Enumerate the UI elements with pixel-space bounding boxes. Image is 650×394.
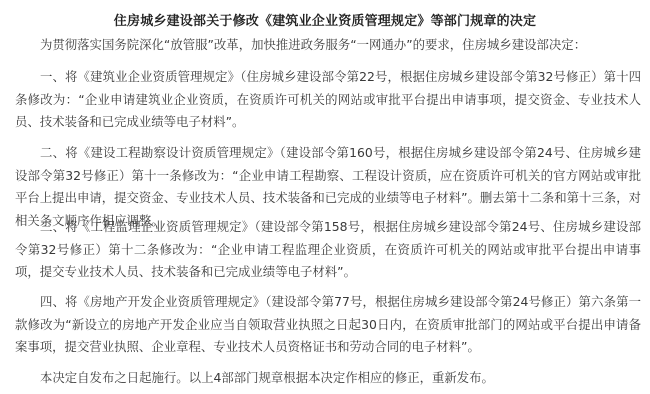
amendment-paragraph-3: 三、将《工程监理企业资质管理规定》（建设部令第158号，根据住房城乡建设部令第2… [15,216,641,284]
effective-date-paragraph: 本决定自发布之日起施行。以上4部部门规章根据本决定作相应的修正，重新发布。 [15,367,641,390]
amendment-paragraph-4: 四、将《房地产开发企业资质管理规定》（建设部令第77号，根据住房城乡建设部令第2… [15,291,641,359]
amendment-paragraph-1: 一、将《建筑业企业资质管理规定》（住房城乡建设部令第22号，根据住房城乡建设部令… [15,66,641,134]
intro-paragraph: 为贯彻落实国务院深化“放管服”改革，加快推进政务服务“一网通办”的要求，住房城乡… [15,34,641,57]
document-title: 住房城乡建设部关于修改《建筑业企业资质管理规定》等部门规章的决定 [0,10,650,29]
